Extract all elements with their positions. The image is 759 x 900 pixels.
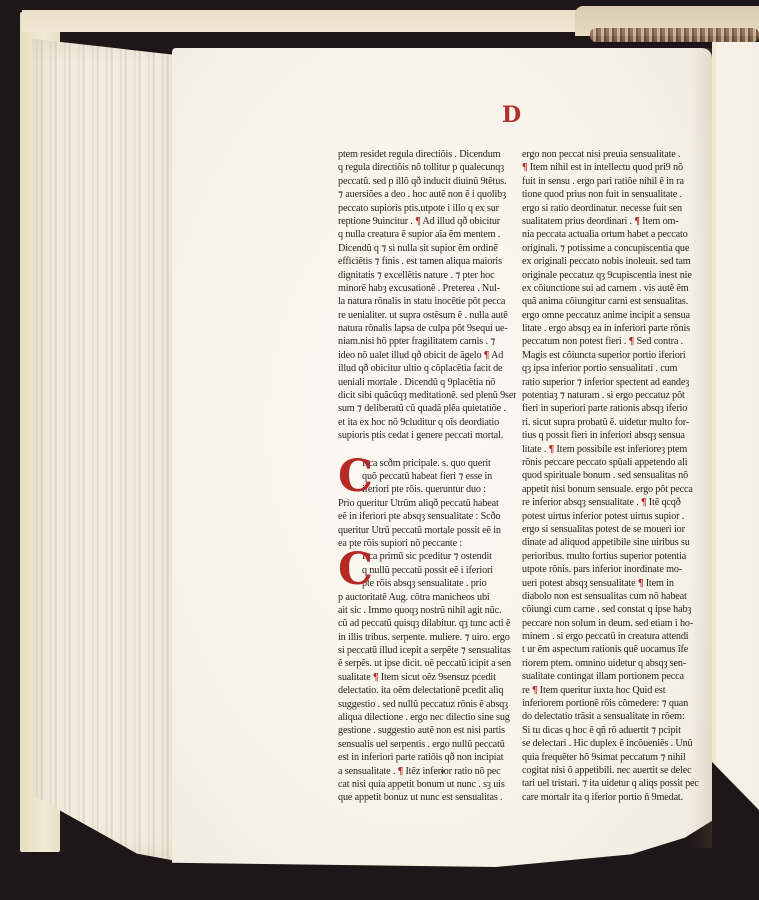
text-line: care mortalr ita q iferior portio ñ 9med… bbox=[522, 791, 700, 804]
pilcrow-mark: ¶ bbox=[415, 216, 420, 227]
text-line: aliqua dilectione . ergo nec dilectio si… bbox=[338, 711, 516, 724]
text-line: utpote rõnis. pars inferior inordinate m… bbox=[522, 563, 700, 576]
text-line: potest uirtus inferior potest uirtus sup… bbox=[522, 510, 700, 523]
text-line: est in inferiori parte ratiõis qð non in… bbox=[338, 751, 516, 764]
text-line: quã anima cõiungitur carni est sensualit… bbox=[522, 295, 700, 308]
text-line: sensualis uel serpentis . ergo nullũ pec… bbox=[338, 738, 516, 751]
text-line: illud qð obicitur ultio q cõplacẽtia fac… bbox=[338, 362, 516, 375]
text-line: appetit nisi bonum sensuale. ergo põt pe… bbox=[522, 483, 700, 496]
text-line: fieri in superiori parte rationis absqȝ … bbox=[522, 402, 700, 415]
text-line: peccare non solum in deum. sed etiam i h… bbox=[522, 617, 700, 630]
text-line: cõiungi cum carne . sed constat q ipse h… bbox=[522, 603, 700, 616]
text-line: ideo nõ ualet illud qð obicit de ãgelo ¶… bbox=[338, 349, 516, 362]
text-line: cogitat nisi õ appetibili. nec auertit s… bbox=[522, 764, 700, 777]
text-line: originali. ⁊ potissime a concupiscentia … bbox=[522, 242, 700, 255]
pilcrow-mark: ¶ bbox=[532, 685, 537, 696]
paragraph-block-3: C Irca primũ sic pceditur ⁊ ostenditq nu… bbox=[338, 550, 516, 804]
vellum-binding-top bbox=[22, 10, 582, 32]
text-line: queritur Utrũ peccatũ mortale possit eẽ … bbox=[338, 524, 516, 537]
text-line: fuit in sensu . ergo pari ratiõe nihil ẽ… bbox=[522, 175, 700, 188]
text-line: ri. sicut supra probatũ ẽ. uidetur multo… bbox=[522, 416, 700, 429]
pilcrow-mark: ¶ bbox=[484, 350, 489, 361]
text-line: niam.nisi hõ ppter fragilitatem carnis .… bbox=[338, 335, 516, 348]
text-line: potentiaȝ ⁊ naturam . si ergo peccatuz p… bbox=[522, 389, 700, 402]
text-line: sum ⁊ deliberatũ cũ quadã plẽa quietatiõ… bbox=[338, 402, 516, 415]
text-line: minorẽ habȝ excusationẽ . Preterea . Nul… bbox=[338, 282, 516, 295]
text-line: ⁊ auersiões a deo . hoc autẽ non ẽ i quo… bbox=[338, 188, 516, 201]
text-line: sualitatem prius deordinari . ¶ Item om- bbox=[522, 215, 700, 228]
text-line: peccatum non potest fieri . ¶ Sed contra… bbox=[522, 335, 700, 348]
text-line: gestione . suggestio autẽ non est nisi p… bbox=[338, 724, 516, 737]
text-line: dignitatis ⁊ excellẽtis nature . ⁊ pter … bbox=[338, 269, 516, 282]
recto-page-edge bbox=[712, 42, 759, 842]
text-line: litate . ergo absqȝ ea in inferiori part… bbox=[522, 322, 700, 335]
left-text-column: ptem residet regula directiõis . Dicendu… bbox=[338, 148, 516, 805]
text-line: quod spirituale bonum . sed sensualitas … bbox=[522, 469, 700, 482]
pilcrow-mark: ¶ bbox=[634, 216, 639, 227]
rubricated-initial: C bbox=[338, 455, 373, 499]
book-photograph: D ptem residet regula directiõis . Dicen… bbox=[0, 0, 759, 900]
text-line: minem . si ergo peccatũ in creatura atte… bbox=[522, 630, 700, 643]
text-line: ueniali mortale . Dicendũ q 9placẽtia nõ bbox=[338, 376, 516, 389]
text-line: ptem residet regula directiõis . Dicendu… bbox=[338, 148, 516, 161]
text-line: sualitate ¶ Item sicut oẽz 9sensuz pcedi… bbox=[338, 671, 516, 684]
text-line: ergo si sensualitas potest de se moueri … bbox=[522, 523, 700, 536]
text-line: t ur ẽm aspectum rationis quẽ uocamus ĩf… bbox=[522, 643, 700, 656]
text-line: ẽ serpẽs. ut ipse dicit. oẽ peccatũ icip… bbox=[338, 657, 516, 670]
pilcrow-mark: ¶ bbox=[638, 578, 643, 589]
text-line: re inferior absqȝ sensualitate . ¶ Itẽ q… bbox=[522, 496, 700, 509]
text-line: efficiẽtis ⁊ finis . est tamen aliqua ma… bbox=[338, 255, 516, 268]
text-line: inferiorem portionẽ rõis cõmedere: ⁊ qua… bbox=[522, 697, 700, 710]
text-line: rõnis peccare peccato spũali appetendo a… bbox=[522, 456, 700, 469]
text-line: ergo non peccat nisi preuia sensualitate… bbox=[522, 148, 700, 161]
text-line: re ¶ Item queritur iuxta hoc Quid est bbox=[522, 684, 700, 697]
text-line: cat nisi quia appetit bonum ut nunc . sȝ… bbox=[338, 778, 516, 791]
text-line: do delectatio trãsit a sensualitate in r… bbox=[522, 710, 700, 723]
text-line: ueri potest absqȝ sensualitate ¶ Item in bbox=[522, 577, 700, 590]
right-text-column: ergo non peccat nisi preuia sensualitate… bbox=[522, 148, 700, 804]
paragraph-block-1: ptem residet regula directiõis . Dicendu… bbox=[338, 148, 516, 443]
text-line: reptione 9uincitur . ¶ Ad illud qð obici… bbox=[338, 215, 516, 228]
pilcrow-mark: ¶ bbox=[373, 672, 378, 683]
text-line: cũ ad peccatũ quisqȝ dilabitur. qȝ tunc … bbox=[338, 617, 516, 630]
text-line: quia frequẽter hõ 9simat peccatum ⁊ nihi… bbox=[522, 751, 700, 764]
text-line: q regula directiõis nõ tollitur p qualec… bbox=[338, 161, 516, 174]
signature-mark: D bbox=[502, 102, 521, 128]
text-line: tius q possit fieri in inferiori absqȝ s… bbox=[522, 429, 700, 442]
text-line: natura rõnalis lapsa de culpa põt 9sequi… bbox=[338, 322, 516, 335]
text-line: delectatio. ita oẽm delectationẽ pcedit … bbox=[338, 684, 516, 697]
text-line: originale peccatuz qȝ 9cupiscentia inest… bbox=[522, 269, 700, 282]
text-line: peccato supioris ptis.utpote i illo q ex… bbox=[338, 202, 516, 215]
text-line: litate . ¶ Item possibile est inferioreȝ… bbox=[522, 443, 700, 456]
pilcrow-mark: ¶ bbox=[629, 336, 634, 347]
text-line: diabolo non est sensualitas cum nõ habea… bbox=[522, 590, 700, 603]
text-line: suggestio . sed nullũ peccatuz rõnis ẽ a… bbox=[338, 698, 516, 711]
paragraph-block-2: C Irca scðm pricipale. s. quo queritquõ … bbox=[338, 457, 516, 551]
text-line: q nulla creatura ẽ supior aĩa ẽm mentem … bbox=[338, 228, 516, 241]
pilcrow-mark: ¶ bbox=[522, 162, 527, 173]
text-line: ¶ Item nihil est in intellectu quod pri9… bbox=[522, 161, 700, 174]
text-line: dinate ad aliquod appetibile sine uiribu… bbox=[522, 536, 700, 549]
text-line: re uenialiter. ut supra ostẽsum ẽ . null… bbox=[338, 309, 516, 322]
text-line: riorem ptem. omnino uidetur q absqȝ sen- bbox=[522, 657, 700, 670]
pilcrow-mark: ¶ bbox=[398, 766, 403, 777]
rubricated-initial: C bbox=[338, 548, 373, 592]
pilcrow-mark: ¶ bbox=[549, 444, 554, 455]
right-paragraph-block: ergo non peccat nisi preuia sensualitate… bbox=[522, 148, 700, 804]
text-line: que appetit bonuz ut nunc est sensualita… bbox=[338, 791, 516, 804]
headband bbox=[590, 28, 759, 42]
pilcrow-mark: ¶ bbox=[641, 497, 646, 508]
text-line: ex cõiunctione sui ad carnem . vis autẽ … bbox=[522, 282, 700, 295]
text-line: dicit sibi quãcũqȝ meditationẽ. sed plen… bbox=[338, 389, 516, 402]
text-line: Dicendũ q ⁊ si nulla sit supior ẽm ordin… bbox=[338, 242, 516, 255]
text-line: supioris ptis cedat i genere peccati mor… bbox=[338, 429, 516, 442]
text-line: Magis est cõiuncta superior portio iferi… bbox=[522, 349, 700, 362]
text-line: a sensualitate . ¶ Itẽz inferior ratio n… bbox=[338, 765, 516, 778]
text-line: qȝ ipsa inferior portio sensualitati . c… bbox=[522, 362, 700, 375]
text-line: se delectari . Hic duplex ẽ incõueniẽs .… bbox=[522, 737, 700, 750]
text-line: et ita ex hoc nõ 9cluditur q oĩs deordia… bbox=[338, 416, 516, 429]
text-line: ex originali peccato nobis inoleuit. sed… bbox=[522, 255, 700, 268]
text-line: ait sic . Immo quoqȝ nostrũ nihil agit n… bbox=[338, 604, 516, 617]
text-line: in illis tribus. serpente. muliere. ⁊ ui… bbox=[338, 631, 516, 644]
ink-speck bbox=[441, 770, 444, 773]
text-line: tione quod prius non fuit in sensualitat… bbox=[522, 188, 700, 201]
text-line: tari uel tristari. ⁊ ita uidetur q aliqs… bbox=[522, 777, 700, 790]
text-line: sualitate contingat illam portionem pecc… bbox=[522, 670, 700, 683]
text-line: ergo si ratio deordinatur. necesse fuit … bbox=[522, 202, 700, 215]
text-line: Si tu dicas q hoc ẽ qñ rõ aduertit ⁊ pci… bbox=[522, 724, 700, 737]
text-line: perioribus. multo fortius superior poten… bbox=[522, 550, 700, 563]
text-line: peccatũ. sed p illõ qð inducit diuinũ 9t… bbox=[338, 175, 516, 188]
text-line: la natura rõnalis in statu inocẽtie põt … bbox=[338, 295, 516, 308]
text-line: ratio superior ⁊ inferior spectent ad ea… bbox=[522, 376, 700, 389]
fore-edge-page-stack bbox=[32, 22, 182, 862]
text-line: nia peccata actualia ortum habet a pecca… bbox=[522, 228, 700, 241]
text-line: ergo omne peccatuz anime incipit a sensu… bbox=[522, 309, 700, 322]
text-line: eẽ in iferiori pte absqȝ sensualitate : … bbox=[338, 510, 516, 523]
text-line: si peccatũ illud icepit a serpẽte ⁊ sens… bbox=[338, 644, 516, 657]
